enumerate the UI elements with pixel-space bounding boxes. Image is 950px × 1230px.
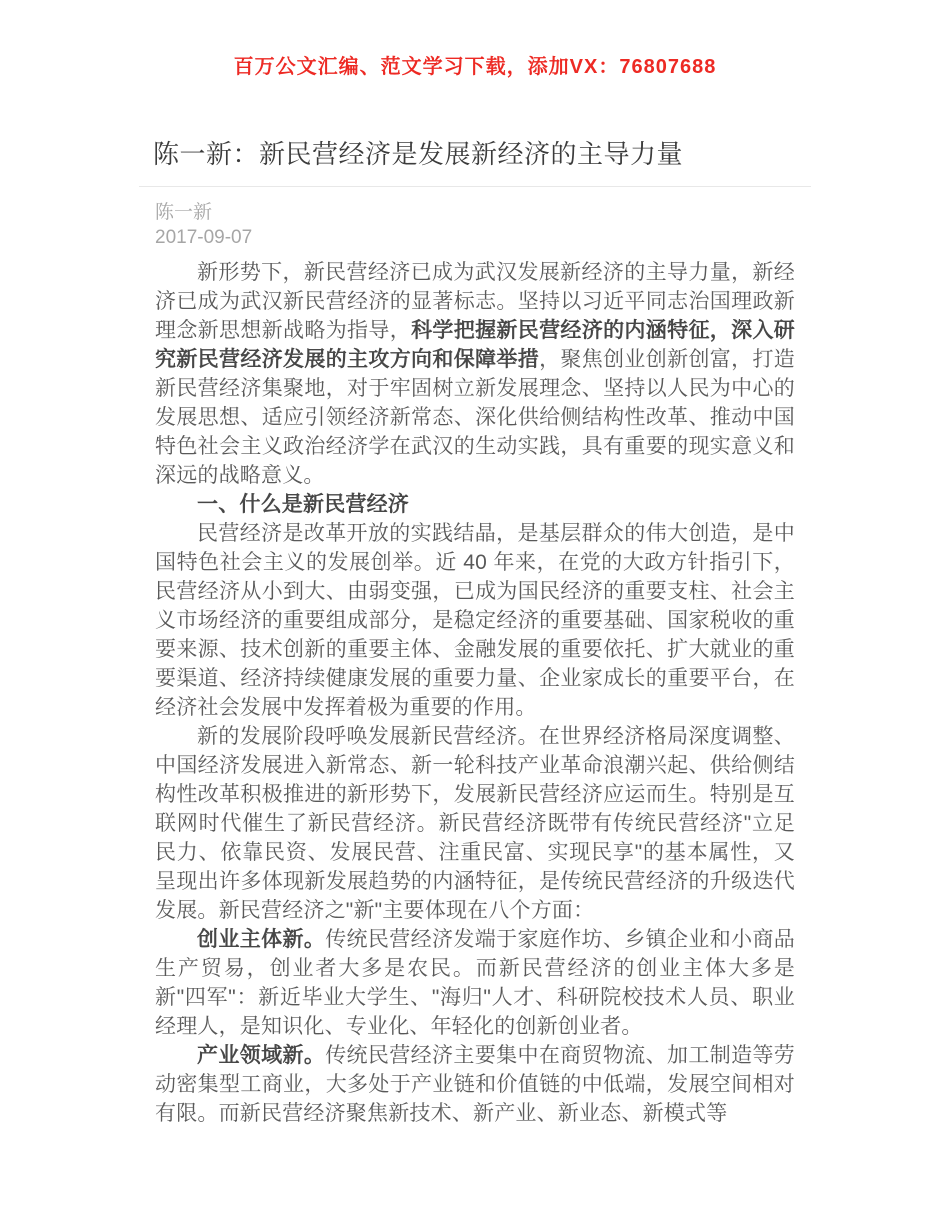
bold-text-run: 创业主体新。 <box>197 928 325 951</box>
bold-text-run: 一、什么是新民营经济 <box>197 493 409 516</box>
article-date: 2017-09-07 <box>155 225 795 250</box>
title-divider <box>139 186 811 187</box>
paragraph: 新的发展阶段呼唤发展新民营经济。在世界经济格局深度调整、中国经济发展进入新常态、… <box>155 722 795 925</box>
article-author: 陈一新 <box>155 200 795 225</box>
article-body: 新形势下，新民营经济已成为武汉发展新经济的主导力量，新经济已成为武汉新民营经济的… <box>139 258 811 1128</box>
page: { "colors": { "page_bg": "#ffffff", "not… <box>0 0 950 1230</box>
text-run: 新的发展阶段呼唤发展新民营经济。在世界经济格局深度调整、中国经济发展进入新常态、… <box>155 725 795 922</box>
paragraph: 产业领域新。传统民营经济主要集中在商贸物流、加工制造等劳动密集型工商业，大多处于… <box>155 1041 795 1128</box>
section-heading: 一、什么是新民营经济 <box>155 490 795 519</box>
text-run: 民营经济是改革开放的实践结晶，是基层群众的伟大创造，是中国特色社会主义的发展创举… <box>155 522 795 719</box>
article-meta: 陈一新 2017-09-07 <box>139 200 811 250</box>
promo-banner: 百万公文汇编、范文学习下载，添加VX：76807688 <box>0 0 950 81</box>
article-title: 陈一新：新民营经济是发展新经济的主导力量 <box>139 137 811 171</box>
bold-text-run: 产业领域新。 <box>197 1044 325 1067</box>
paragraph: 创业主体新。传统民营经济发端于家庭作坊、乡镇企业和小商品生产贸易，创业者大多是农… <box>155 925 795 1041</box>
paragraph: 新形势下，新民营经济已成为武汉发展新经济的主导力量，新经济已成为武汉新民营经济的… <box>155 258 795 490</box>
paragraph: 民营经济是改革开放的实践结晶，是基层群众的伟大创造，是中国特色社会主义的发展创举… <box>155 519 795 722</box>
article: 陈一新：新民营经济是发展新经济的主导力量 陈一新 2017-09-07 新形势下… <box>139 137 811 1128</box>
